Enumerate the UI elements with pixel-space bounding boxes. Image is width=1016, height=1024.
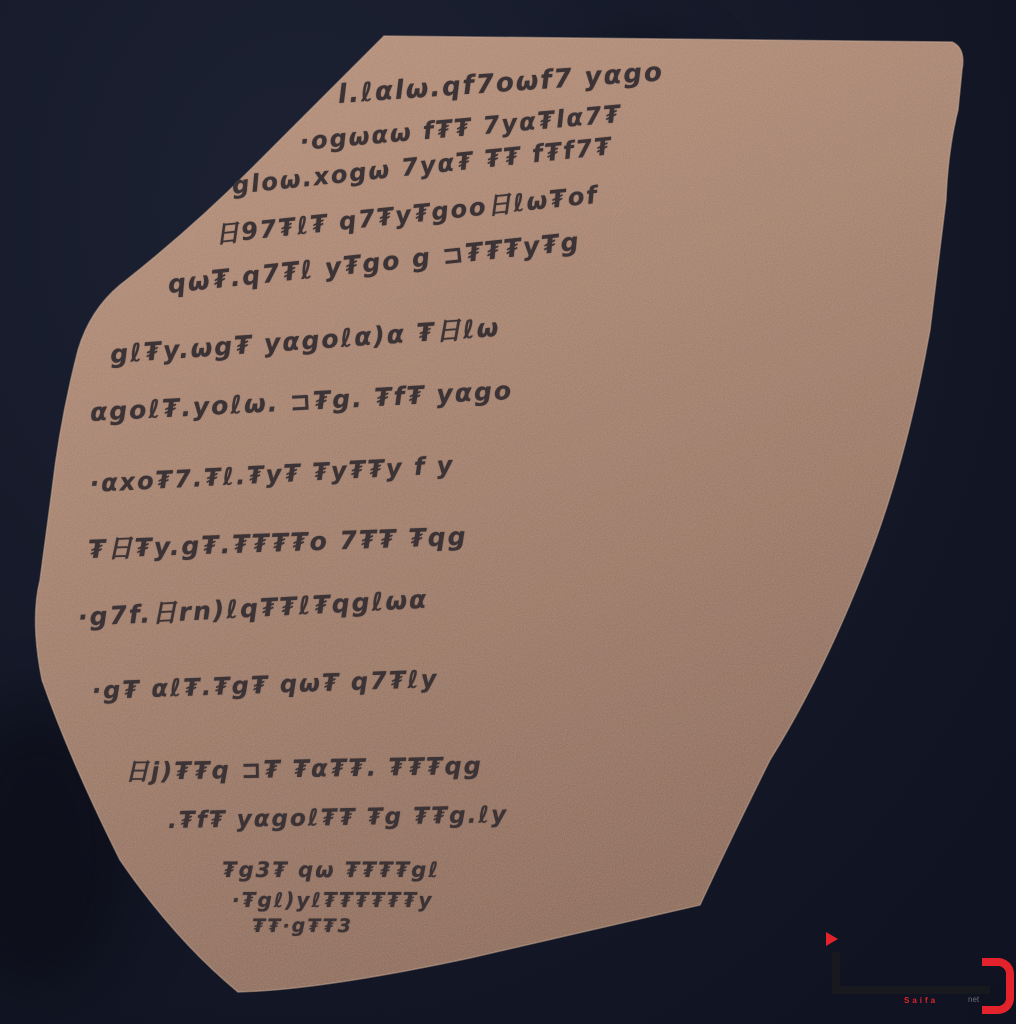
inscription-line: ₮g3₮ qω ₮₮₮₮gℓ [222,858,440,882]
play-triangle-icon [826,932,838,946]
inscription-line: gℓ₮y.ωg₮ yαgoℓα)α ₮日ℓω [109,308,502,371]
inscription-line: ·₮gℓ)yℓ₮₮₮₮₮₮y [232,888,433,912]
inscription-line: .₮f₮ yαgoℓ₮₮ ₮g ₮₮g.ℓy [168,802,509,834]
watermark-brand-text: Saifa [904,996,938,1005]
inscription-line: ·g7f.日rn)ℓq₮₮ℓ₮qgℓωα [77,580,429,634]
arabic-logotype-glyph [832,952,990,994]
site-watermark-logo: Saifa net [822,928,1012,1018]
inscription-line: ·αxo₮7.₮ℓ.₮y₮ ₮y₮₮y f y [89,451,455,498]
inscription-line: ₮₮·g₮₮3 [252,915,353,937]
inscription-line: αgoℓ₮.yoℓω. ⊐₮g. ₮f₮ yαgo [89,376,513,427]
inscription-line: ·g₮ αℓ₮.₮g₮ qω₮ q7₮ℓy [92,665,439,705]
logo-red-hook-glyph [982,958,1014,1014]
inscription: l.ℓαlω.qf7oωf7 yαgo·ogωαω f₮₮ 7yα₮lα7₮gl… [0,0,1016,1024]
inscription-line: ₮日₮y.g₮.₮₮₮₮o 7₮₮ ₮qg [87,517,468,566]
watermark-tld-text: net [968,995,979,1004]
inscription-line: 日j)₮₮q ⊐₮ ₮α₮₮. ₮₮₮qg [125,746,483,787]
